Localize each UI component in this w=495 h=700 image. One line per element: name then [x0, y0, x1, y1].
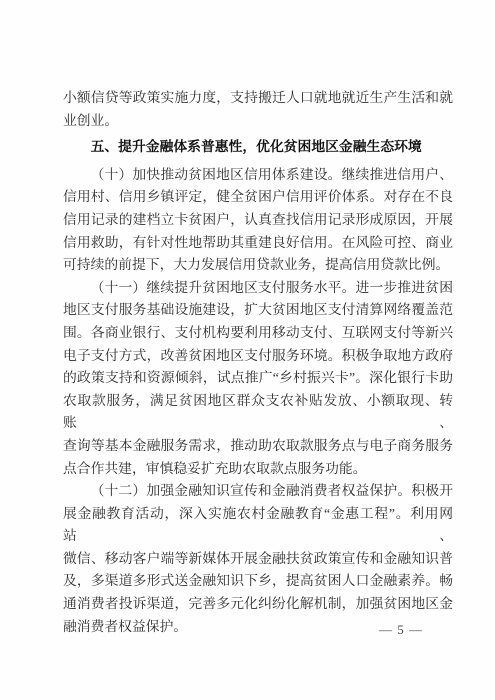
body-line: 围。各商业银行、支付机构要利用移动支付、互联网支付等新兴	[63, 322, 453, 345]
body-line: 的政策支持和资源倾斜，试点推广“乡村振兴卡”。深化银行卡助	[63, 367, 453, 390]
body-line: 信用救助，有针对性地帮助其重建良好信用。在风险可控、商业	[63, 232, 453, 255]
body-line: 展金融教育活动，深入实施农村金融教育“金惠工程”。利用网站、	[63, 503, 453, 548]
body-line: 电子支付方式，改善贫困地区支付服务环境。积极争取地方政府	[63, 345, 453, 368]
body-line: 地区支付服务基础设施建设，扩大贫困地区支付清算网络覆盖范	[63, 299, 453, 322]
body-line: （十）加快推动贫困地区信用体系建设。继续推进信用户、	[63, 164, 453, 187]
body-line: 信用村、信用乡镇评定，健全贫困户信用评价体系。对存在不良	[63, 186, 453, 209]
page-number: — 5 —	[379, 622, 423, 638]
body-line: 通消费者投诉渠道，完善多元化纠纷化解机制，加强贫困地区金	[63, 593, 453, 616]
document-body: 小额信贷等政策实施力度，支持搬迁人口就地就近生产生活和就 业创业。 五、提升金融…	[63, 87, 453, 638]
body-line: （十一）继续提升贫困地区支付服务水平。进一步推进贫困	[63, 277, 453, 300]
body-line: 及，多渠道多形式送金融知识下乡，提高贫困人口金融素养。畅	[63, 570, 453, 593]
body-line: 微信、移动客户端等新媒体开展金融扶贫政策宣传和金融知识普	[63, 548, 453, 571]
section-heading: 五、提升金融体系普惠性，优化贫困地区金融生态环境	[63, 136, 453, 159]
body-line: （十二）加强金融知识宣传和金融消费者权益保护。积极开	[63, 480, 453, 503]
body-line: 农取款服务，满足贫困地区群众支农补贴发放、小额取现、转账、	[63, 390, 453, 435]
body-line: 可持续的前提下，大力发展信用贷款业务，提高信用贷款比例。	[63, 254, 453, 277]
body-line: 点合作共建，审慎稳妥扩充助农取款点服务功能。	[63, 458, 453, 481]
body-line: 小额信贷等政策实施力度，支持搬迁人口就地就近生产生活和就	[63, 87, 453, 110]
body-line: 信用记录的建档立卡贫困户，认真查找信用记录形成原因，开展	[63, 209, 453, 232]
body-line: 业创业。	[63, 110, 453, 133]
body-line: 查询等基本金融服务需求，推动助农取款服务点与电子商务服务	[63, 435, 453, 458]
document-page: 小额信贷等政策实施力度，支持搬迁人口就地就近生产生活和就 业创业。 五、提升金融…	[0, 0, 495, 700]
